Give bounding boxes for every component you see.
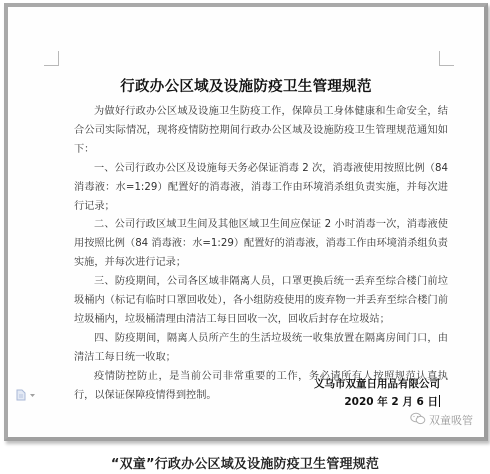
text-cursor [439, 395, 440, 407]
document-body[interactable]: 为做好行政办公区域及设施卫生防疫工作，保障员工身体健康和生命安全，结合公司实际情… [74, 103, 448, 406]
watermark-text: 双童吸管 [429, 412, 473, 428]
rule-item-3: 三、防疫期间，公司各区域非隔离人员，口罩更换后统一丢弃至综合楼门前垃圾桶内（标记… [74, 273, 448, 330]
signature-block: 义乌市双童日用品有限公司 2020 年 2 月 6 日 [314, 375, 440, 411]
wechat-icon [410, 412, 426, 428]
watermark: 双童吸管 [410, 412, 473, 428]
margin-corner-top-left [44, 51, 59, 66]
paste-options-icon [16, 389, 26, 401]
image-caption: “双童”行政办公区域及设施防疫卫生管理规范 [0, 453, 490, 472]
signature-date: 2020 年 2 月 6 日 [344, 396, 438, 408]
rule-item-4: 四、防疫期间，隔离人员所产生的生活垃圾统一收集放置在隔离房间门口，由清洁工每日统… [74, 330, 448, 368]
margin-corner-top-right [439, 51, 454, 66]
rule-item-1: 一、公司行政办公区及设施每天务必保证消毒 2 次，消毒液使用按照比例（84 消毒… [74, 160, 448, 217]
intro-paragraph: 为做好行政办公区域及设施卫生防疫工作，保障员工身体健康和生命安全，结合公司实际情… [74, 103, 448, 160]
document-title: 行政办公区域及设施防疫卫生管理规范 [8, 75, 484, 96]
document-page: 行政办公区域及设施防疫卫生管理规范 为做好行政办公区域及设施卫生防疫工作，保障员… [4, 3, 488, 441]
signature-date-line[interactable]: 2020 年 2 月 6 日 [314, 393, 440, 411]
rule-item-2: 二、公司行政区域卫生间及其他区域卫生间应保证 2 小时消毒一次，消毒液使用按照比… [74, 216, 448, 273]
chevron-down-icon [30, 394, 35, 398]
company-name: 义乌市双童日用品有限公司 [314, 375, 440, 393]
paste-options-button[interactable] [16, 389, 35, 401]
